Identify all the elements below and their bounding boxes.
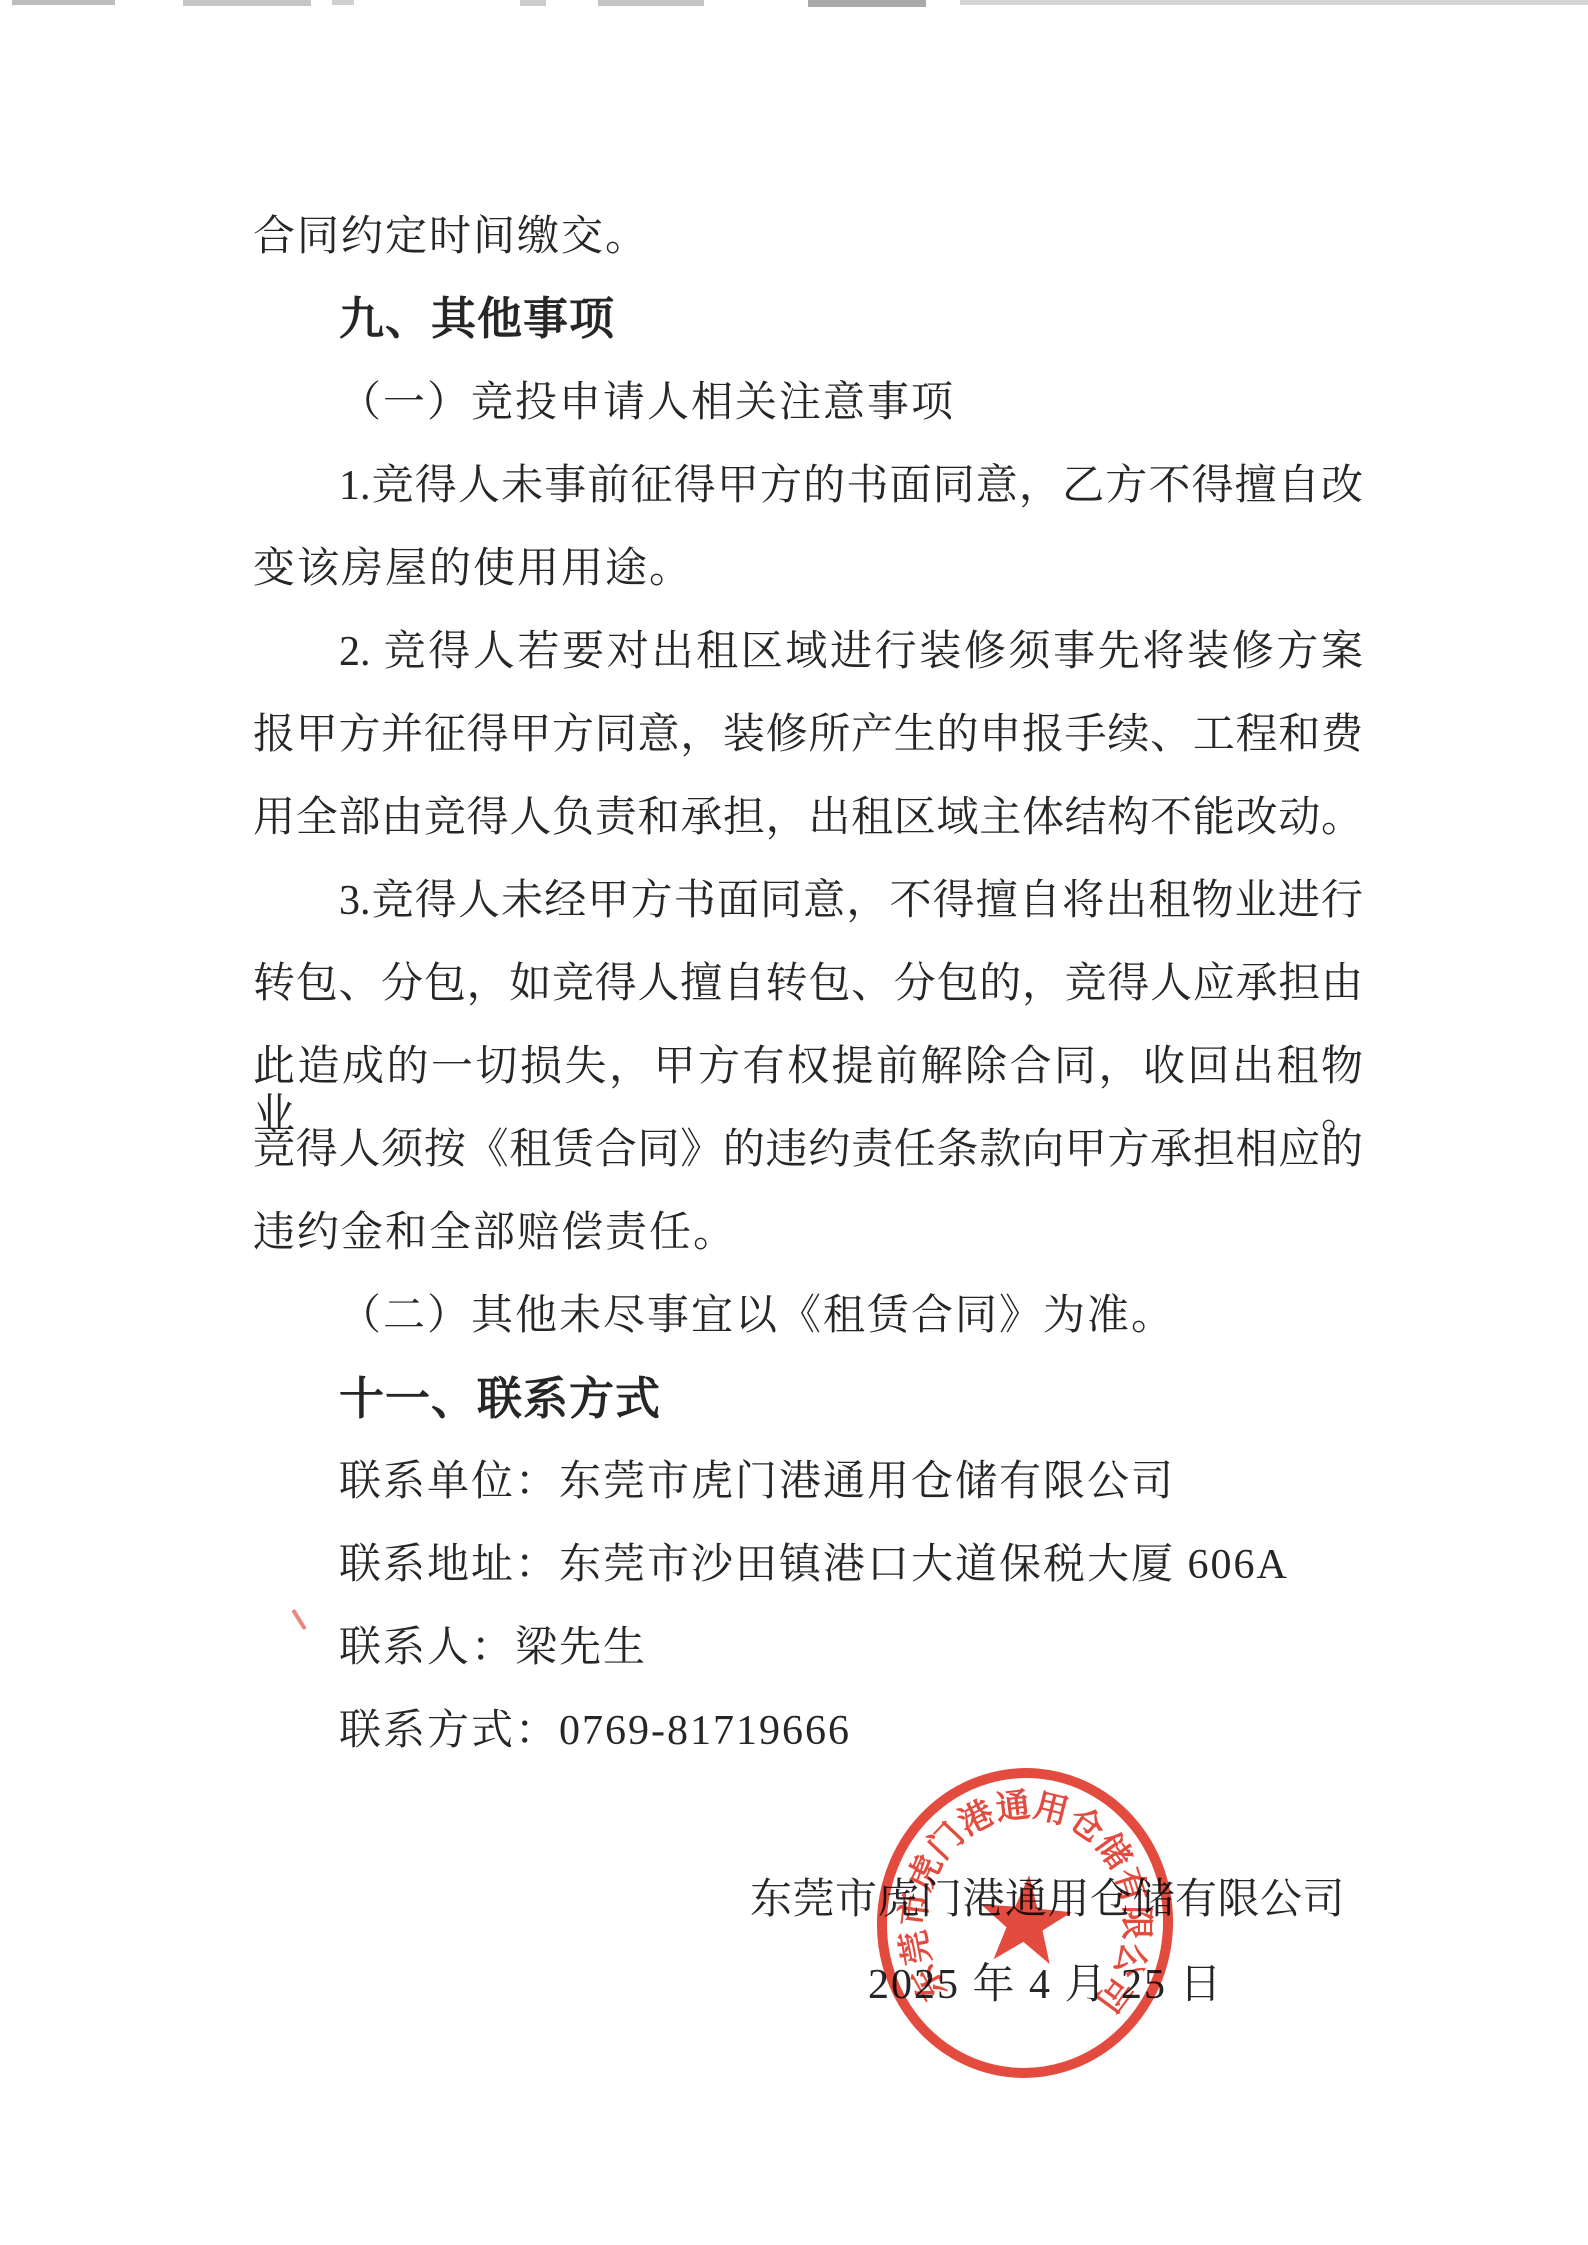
scan-artifact [808,0,926,7]
section-heading: 十一、联系方式 [253,1375,1363,1425]
doc-line: （二）其他未尽事宜以《租赁合同》为准。 [253,1292,1363,1342]
contact-address-line: 联系地址：东莞市沙田镇港口大道保税大厦 606A [253,1541,1363,1591]
doc-line: 转包、分包，如竞得人擅自转包、分包的，竞得人应承担由 [253,960,1363,1010]
company-seal-stamp: 东莞市虎门港通用仓储有限公司 [865,1755,1185,2091]
star-icon [976,1871,1074,1965]
doc-line: 2. 竞得人若要对出租区域进行装修须事先将装修方案 [253,628,1363,678]
doc-line: 此造成的一切损失，甲方有权提前解除合同，收回出租物业。 [253,1043,1363,1093]
scan-artifact [598,0,704,6]
scan-artifact [332,0,354,5]
doc-line: 合同约定时间缴交。 [253,213,1363,263]
scan-artifact [520,0,546,6]
scan-artifact [183,0,311,6]
doc-line: 报甲方并征得甲方同意，装修所产生的申报手续、工程和费 [253,711,1363,761]
contact-phone-line: 联系方式：0769-81719666 [253,1707,1363,1757]
contact-person-line: 联系人：梁先生 [253,1624,1363,1674]
scanned-document-page: 合同约定时间缴交。 九、其他事项 （一）竞投申请人相关注意事项 1.竞得人未事前… [0,0,1588,2245]
scan-artifact [960,0,1588,5]
doc-line: 1.竞得人未事前征得甲方的书面同意，乙方不得擅自改 [253,462,1363,512]
doc-line: 竞得人须按《租赁合同》的违约责任条款向甲方承担相应的 [253,1126,1363,1176]
contact-unit-line: 联系单位：东莞市虎门港通用仓储有限公司 [253,1458,1363,1508]
doc-line: 3.竞得人未经甲方书面同意，不得擅自将出租物业进行 [253,877,1363,927]
doc-line: 变该房屋的使用用途。 [253,545,1363,595]
scan-artifact [12,0,115,5]
doc-line: 用全部由竞得人负责和承担，出租区域主体结构不能改动。 [253,794,1363,844]
doc-line: （一）竞投申请人相关注意事项 [253,379,1363,429]
section-heading: 九、其他事项 [253,295,1363,345]
doc-line: 违约金和全部赔偿责任。 [253,1209,1363,1259]
